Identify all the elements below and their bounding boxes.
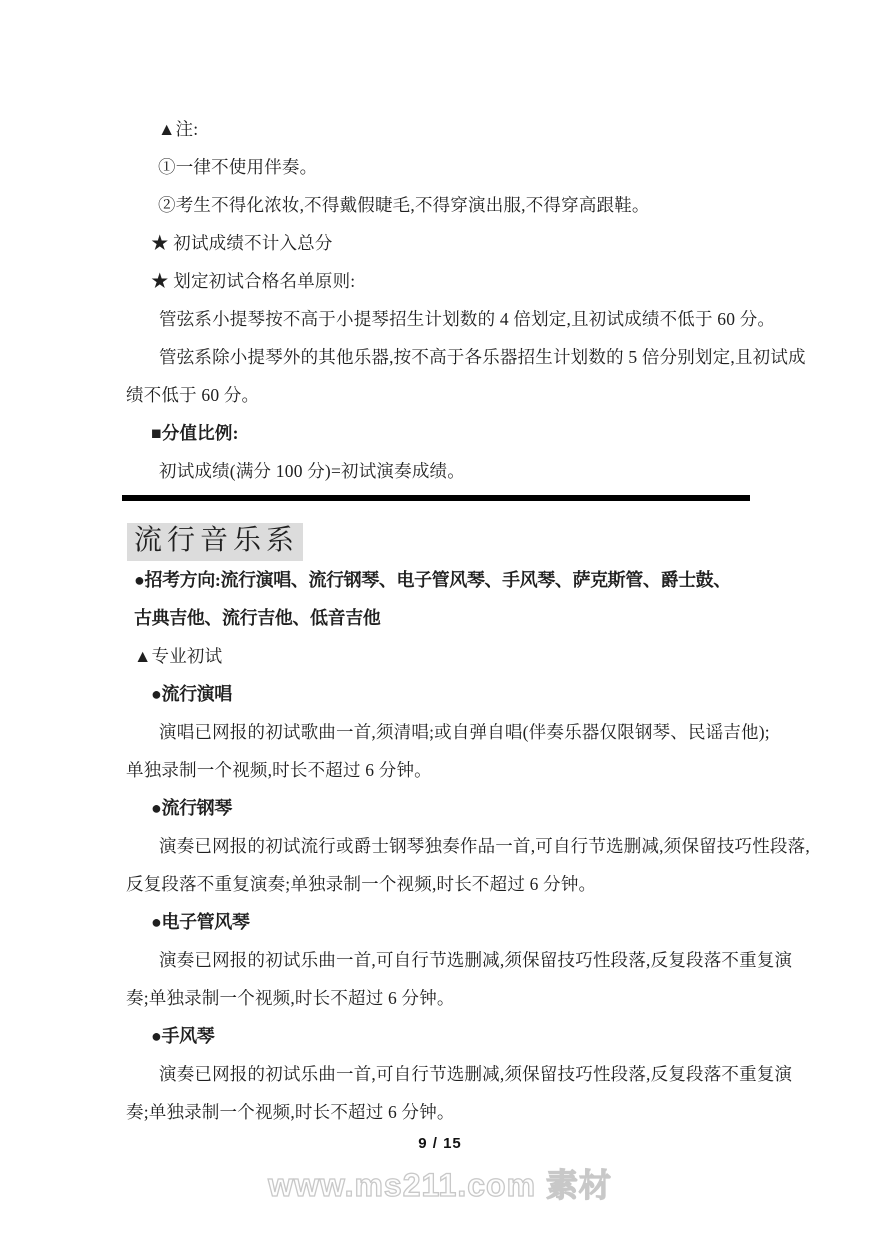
note-title: ▲注:: [125, 110, 757, 148]
subsection-line: 演奏已网报的初试乐曲一首,可自行节选删减,须保留技巧性段落,反复段落不重复演: [125, 941, 757, 979]
subsection-line: 奏;单独录制一个视频,时长不超过 6 分钟。: [125, 979, 757, 1017]
rule-others-line-2: 绩不低于 60 分。: [125, 376, 757, 414]
subsection-title-electronic-organ: ●电子管风琴: [125, 903, 757, 941]
document-body: ▲注: ①一律不使用伴奏。 ②考生不得化浓妆,不得戴假睫毛,不得穿演出服,不得穿…: [125, 110, 757, 1131]
subsection-line: 演奏已网报的初试流行或爵士钢琴独奏作品一首,可自行节选删减,须保留技巧性段落,: [125, 827, 757, 865]
star-note-1: ★ 初试成绩不计入总分: [125, 224, 757, 262]
star-note-2: ★ 划定初试合格名单原则:: [125, 262, 757, 300]
subsection-title-accordion: ●手风琴: [125, 1017, 757, 1055]
rule-violin: 管弦系小提琴按不高于小提琴招生计划数的 4 倍划定,且初试成绩不低于 60 分。: [125, 300, 757, 338]
section-heading: 流行音乐系: [127, 523, 303, 561]
directions-line-2: 古典吉他、流行吉他、低音吉他: [125, 599, 757, 637]
page-number: 9 / 15: [0, 1135, 880, 1152]
subsection-title-pop-vocal: ●流行演唱: [125, 675, 757, 713]
subsection-line: 奏;单独录制一个视频,时长不超过 6 分钟。: [125, 1093, 757, 1131]
rule-others-line-1: 管弦系除小提琴外的其他乐器,按不高于各乐器招生计划数的 5 倍分别划定,且初试成: [125, 338, 757, 376]
section-heading-row: 流行音乐系: [125, 523, 757, 561]
subsection-line: 单独录制一个视频,时长不超过 6 分钟。: [125, 751, 757, 789]
subsection-line: 演奏已网报的初试乐曲一首,可自行节选删减,须保留技巧性段落,反复段落不重复演: [125, 1055, 757, 1093]
note-item-1: ①一律不使用伴奏。: [125, 148, 757, 186]
watermark: www.ms211.com 素材: [0, 1160, 880, 1206]
subsection-title-pop-piano: ●流行钢琴: [125, 789, 757, 827]
note-item-2: ②考生不得化浓妆,不得戴假睫毛,不得穿演出服,不得穿高跟鞋。: [125, 186, 757, 224]
score-ratio-title: ■分值比例:: [125, 414, 757, 452]
preliminary-exam-title: ▲专业初试: [125, 637, 757, 675]
document-page: ▲注: ①一律不使用伴奏。 ②考生不得化浓妆,不得戴假睫毛,不得穿演出服,不得穿…: [0, 0, 880, 1244]
directions-line-1: ●招考方向:流行演唱、流行钢琴、电子管风琴、手风琴、萨克斯管、爵士鼓、: [125, 561, 757, 599]
score-ratio-formula: 初试成绩(满分 100 分)=初试演奏成绩。: [125, 452, 757, 490]
subsection-line: 演唱已网报的初试歌曲一首,须清唱;或自弹自唱(伴奏乐器仅限钢琴、民谣吉他);: [125, 713, 757, 751]
section-divider: [122, 495, 750, 501]
subsection-line: 反复段落不重复演奏;单独录制一个视频,时长不超过 6 分钟。: [125, 865, 757, 903]
